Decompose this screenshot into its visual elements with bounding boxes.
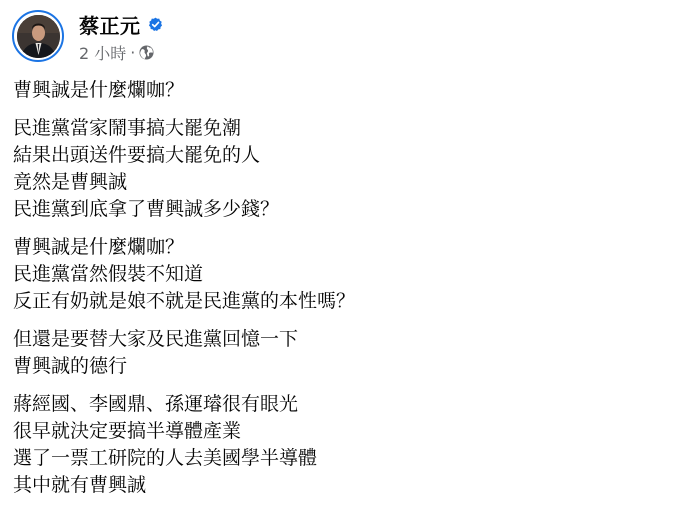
paragraph: 曹興誠是什麼爛咖？ 民進黨當然假裝不知道 反正有奶就是娘不就是民進黨的本性嗎？ — [13, 234, 355, 315]
text-line: 民進黨到底拿了曹興誠多少錢？ — [13, 196, 355, 223]
post-header: 蔡正元 2 小時 · — [12, 10, 163, 62]
author-row: 蔡正元 — [79, 11, 163, 37]
avatar-image — [17, 15, 60, 58]
paragraph: 但還是要替大家及民進黨回憶一下 曹興誠的德行 — [13, 326, 355, 380]
text-line: 其中就有曹興誠 — [13, 472, 355, 499]
paragraph: 曹興誠是什麼爛咖？ — [13, 77, 355, 104]
avatar[interactable] — [12, 10, 64, 62]
text-line: 竟然是曹興誠 — [13, 169, 355, 196]
author-name[interactable]: 蔡正元 — [79, 10, 141, 39]
globe-icon[interactable] — [139, 45, 154, 60]
text-line: 反正有奶就是娘不就是民進黨的本性嗎？ — [13, 288, 355, 315]
text-line: 蔣經國、李國鼎、孫運璿很有眼光 — [13, 391, 355, 418]
paragraph: 民進黨當家鬧事搞大罷免潮 結果出頭送件要搞大罷免的人 竟然是曹興誠 民進黨到底拿… — [13, 115, 355, 223]
text-line: 曹興誠是什麼爛咖？ — [13, 77, 355, 104]
text-line: 民進黨當家鬧事搞大罷免潮 — [13, 115, 355, 142]
separator-dot: · — [130, 43, 135, 62]
text-line: 但還是要替大家及民進黨回憶一下 — [13, 326, 355, 353]
post-subtitle: 2 小時 · — [79, 42, 163, 62]
text-line: 結果出頭送件要搞大罷免的人 — [13, 142, 355, 169]
text-line: 曹興誠是什麼爛咖？ — [13, 234, 355, 261]
text-line: 很早就決定要搞半導體產業 — [13, 418, 355, 445]
text-line: 選了一票工研院的人去美國學半導體 — [13, 445, 355, 472]
facebook-post: 蔡正元 2 小時 · — [0, 0, 700, 516]
post-timestamp[interactable]: 2 小時 — [79, 41, 126, 64]
paragraph: 蔣經國、李國鼎、孫運璿很有眼光 很早就決定要搞半導體產業 選了一票工研院的人去美… — [13, 391, 355, 499]
verified-badge-icon — [148, 17, 163, 32]
post-body: 曹興誠是什麼爛咖？ 民進黨當家鬧事搞大罷免潮 結果出頭送件要搞大罷免的人 竟然是… — [13, 77, 355, 510]
text-line: 民進黨當然假裝不知道 — [13, 261, 355, 288]
post-meta: 蔡正元 2 小時 · — [79, 11, 163, 62]
text-line: 曹興誠的德行 — [13, 353, 355, 380]
